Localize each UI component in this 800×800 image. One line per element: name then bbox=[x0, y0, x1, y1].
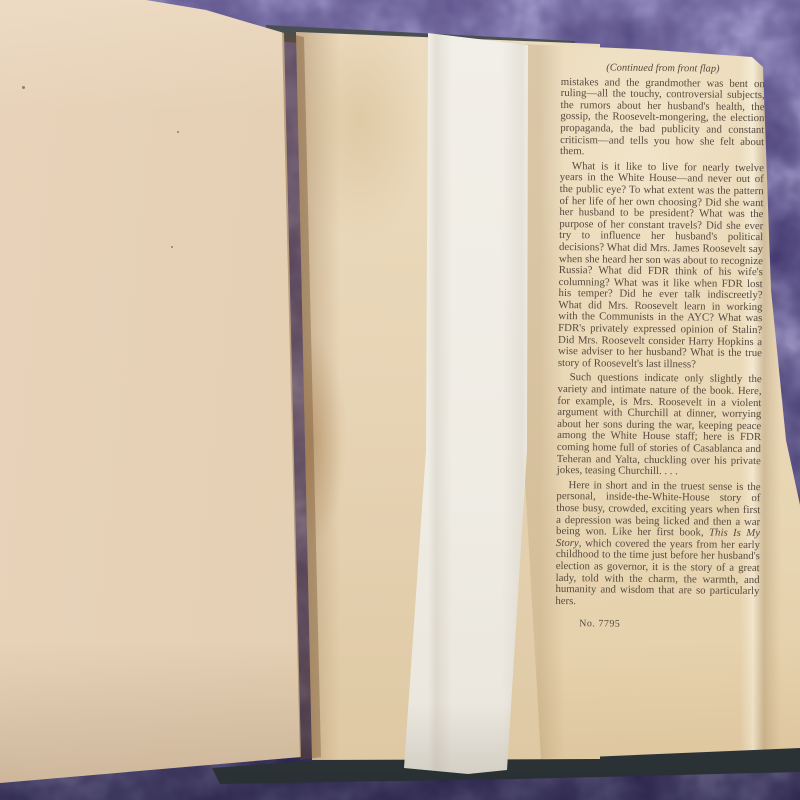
flap-paragraph-4-text: , which covered the years from her early… bbox=[555, 537, 760, 607]
flap-paragraph-1: mistakes and the grandmother was bent on… bbox=[560, 77, 765, 160]
foxing-spot bbox=[177, 131, 179, 133]
foxing-spot bbox=[171, 246, 173, 248]
continued-from-front-flap-note: (Continued from front flap) bbox=[561, 62, 765, 76]
foxing-spot bbox=[22, 86, 25, 89]
flap-paragraph-3: Such questions indicate only slightly th… bbox=[557, 372, 762, 478]
flap-paragraph-4: Here in short and in the truest sense is… bbox=[555, 480, 760, 610]
catalog-number: No. 7795 bbox=[579, 619, 759, 632]
flap-paragraph-2: What is it like to live for nearly twelv… bbox=[558, 161, 764, 372]
photo-of-open-book: (Continued from front flap) mistakes and… bbox=[0, 0, 800, 800]
flap-text-column: (Continued from front flap) mistakes and… bbox=[555, 62, 765, 632]
